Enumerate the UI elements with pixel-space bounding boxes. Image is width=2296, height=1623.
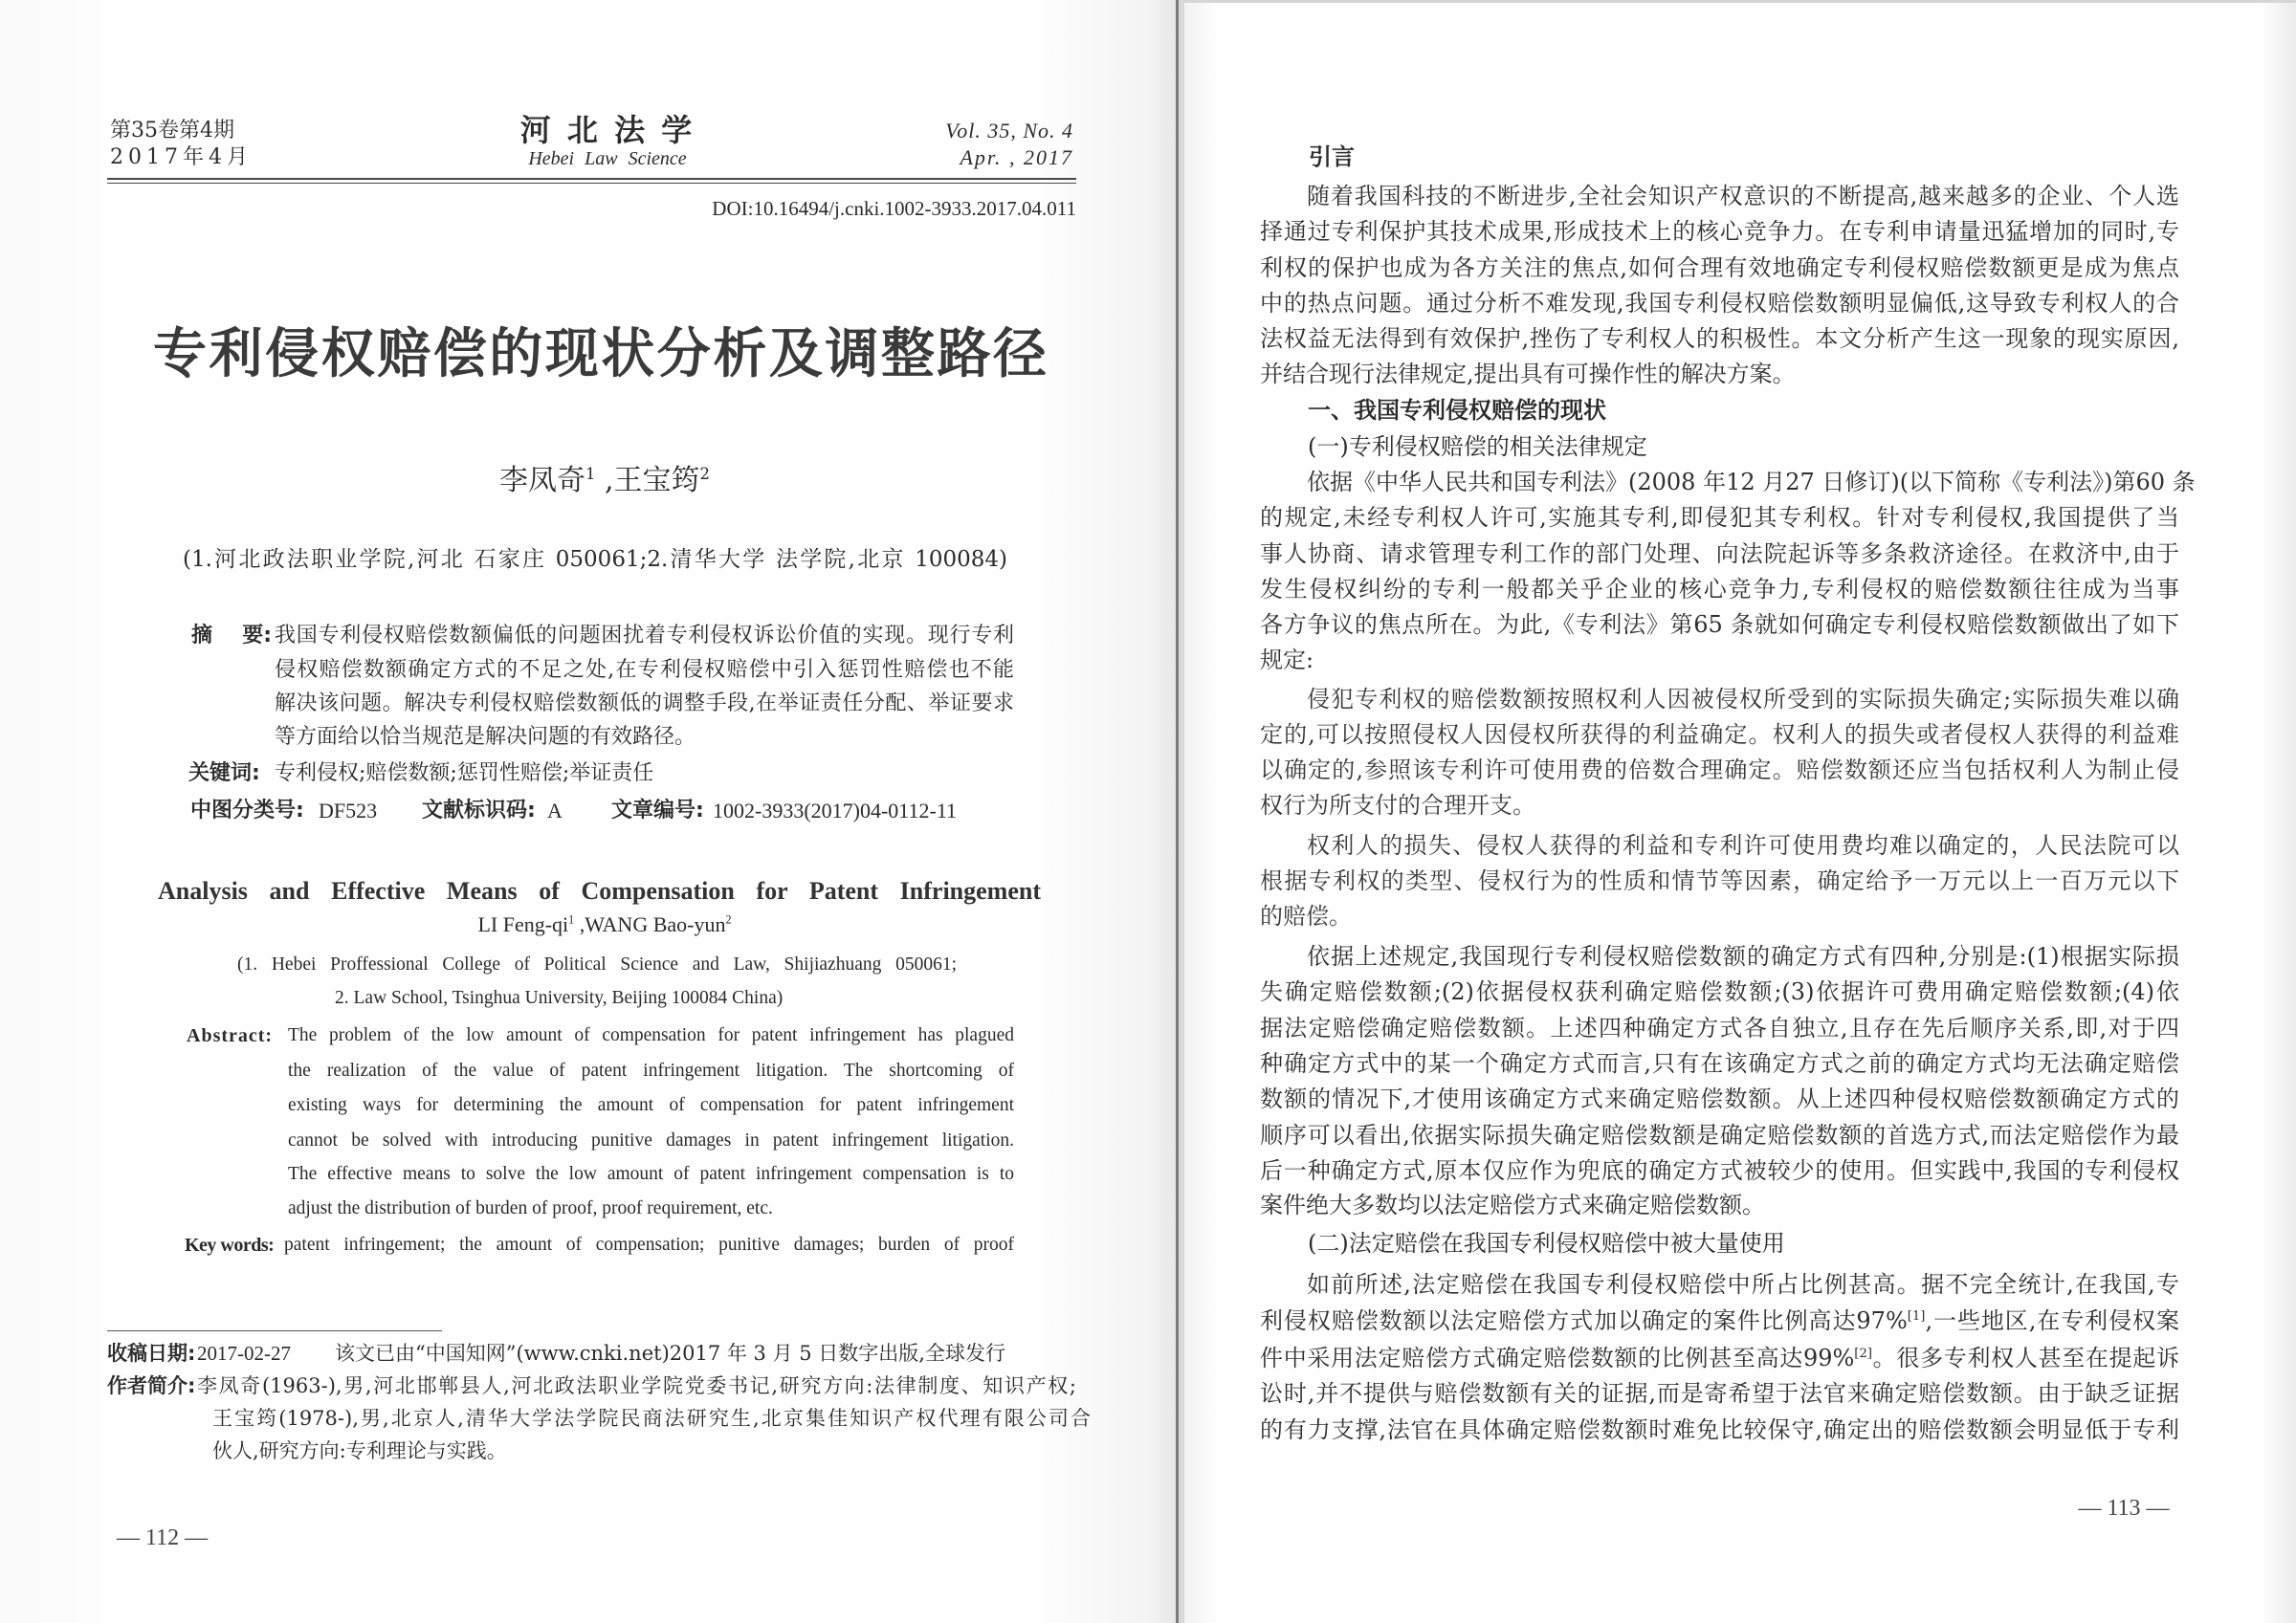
keywords-cn: 专利侵权;赔偿数额;惩罚性赔偿;举证责任 bbox=[275, 757, 1014, 790]
keywords-en-label: Key words: bbox=[185, 1230, 274, 1261]
affiliation-en-line: 2. Law School, Tsinghua University, Beij… bbox=[335, 984, 783, 1013]
body-line: 择通过专利保护其技术成果,形成技术上的核心竞争力。在专利申请量迅猛增加的同时,专 bbox=[1260, 214, 2179, 249]
body-line: 规定: bbox=[1260, 643, 2179, 677]
intro-heading: 引言 bbox=[1309, 140, 1355, 174]
page-number-left: — 112 — bbox=[117, 1524, 208, 1551]
affiliation-marker: 1 bbox=[585, 465, 596, 483]
abstract-cn-label-part: 摘 bbox=[191, 620, 212, 652]
journal-title-en: Hebei Law Science bbox=[459, 145, 756, 172]
article-title-cn: 专利侵权赔偿的现状分析及调整路径 bbox=[153, 323, 1047, 386]
body-line: 并结合现行法律规定,提出具有可操作性的解决方案。 bbox=[1260, 357, 2179, 391]
authors-en: LI Feng-qi1 ,WANG Bao-yun2 bbox=[411, 910, 798, 939]
affiliations-cn: (1.河北政法职业学院,河北 石家庄 050061;2.清华大学 法学院,北京 … bbox=[183, 544, 1007, 575]
citation-ref: [2] bbox=[1854, 1347, 1872, 1361]
abstract-en-line: cannot be solved with introducing puniti… bbox=[288, 1126, 1014, 1156]
statute-quote-line: 权行为所支付的合理开支。 bbox=[1260, 788, 2179, 822]
header-date-cn: 2017年4月 bbox=[110, 143, 253, 172]
abstract-cn-line: 解决该问题。解决专利侵权赔偿数额低的调整手段,在举证责任分配、举证要求 bbox=[275, 688, 1014, 720]
author-bio-line: 王宝筠(1978-),男,北京人,清华大学法学院民商法研究生,北京集佳知识产权代… bbox=[212, 1403, 1091, 1434]
header-volume-en: Vol. 35, No. 4 bbox=[794, 117, 1073, 145]
clc-label: 中图分类号: bbox=[190, 795, 304, 827]
body-line: 数额的情况下,才使用该确定方式来确定赔偿数额。从上述四种侵权赔偿数额确定方式的 bbox=[1260, 1082, 2179, 1116]
received-date-label: 收稿日期: bbox=[107, 1338, 195, 1369]
clc-number: DF523 bbox=[319, 795, 377, 827]
body-line: 利权的保护也成为各方关注的焦点,如何合理有效地确定专利侵权赔偿数额更是成为焦点 bbox=[1260, 251, 2179, 285]
body-line: 据法定赔偿确定赔偿数额。上述四种确定方式各自独立,且存在先后顺序关系,即,对于四 bbox=[1260, 1011, 2179, 1045]
author-name: 李凤奇 bbox=[499, 464, 585, 497]
statute-quote-line: 权利人的损失、侵权人获得的利益和专利许可使用费均难以确定的，人民法院可以 bbox=[1260, 828, 2179, 863]
publication-note: 该文已由“中国知网”(www.cnki.net)2017 年 3 月 5 日数字… bbox=[335, 1338, 1005, 1369]
body-line: 事人协商、请求管理专利工作的部门处理、向法院起诉等多条救济途径。在救济中,由于 bbox=[1260, 537, 2179, 571]
affiliation-marker: 2 bbox=[725, 913, 731, 927]
body-line: 利侵权赔偿数额以法定赔偿方式加以确定的案件比例高达97%[1],一些地区,在专利… bbox=[1260, 1304, 2179, 1338]
body-line: 随着我国科技的不断进步,全社会知识产权意识的不断提高,越来越多的企业、个人选 bbox=[1260, 179, 2179, 213]
author-bio-label: 作者简介: bbox=[107, 1371, 195, 1401]
body-line: 中的热点问题。通过分析不难发现,我国专利侵权赔偿数额明显偏低,这导致专利权人的合 bbox=[1260, 286, 2179, 320]
body-line: 发生侵权纠纷的专利一般都关乎企业的核心竞争力,专利侵权的赔偿数额往往成为当事 bbox=[1260, 572, 2179, 606]
author-name: WANG Bao-yun bbox=[585, 912, 725, 936]
abstract-en-label: Abstract: bbox=[187, 1020, 273, 1051]
journal-title-cn: 河 北 法 学 bbox=[459, 111, 756, 149]
body-line: 如前所述,法定赔偿在我国专利侵权赔偿中所占比例甚高。据不完全统计,在我国,专 bbox=[1260, 1267, 2179, 1302]
body-text: 。很多专利权人甚至在提起诉 bbox=[1872, 1345, 2179, 1371]
article-number: 1002-3933(2017)04-0112-11 bbox=[713, 795, 957, 827]
body-line: 依据上述规定,我国现行专利侵权赔偿数额的确定方式有四种,分别是:(1)根据实际损 bbox=[1260, 939, 2179, 974]
body-text: ,一些地区,在专利侵权案 bbox=[1925, 1307, 2179, 1334]
statute-quote-line: 侵犯专利权的赔偿数额按照权利人因被侵权所受到的实际损失确定;实际损失难以确 bbox=[1260, 682, 2179, 716]
author-separator: , bbox=[595, 464, 613, 497]
statute-quote-line: 根据专利权的类型、侵权行为的性质和情节等因素，确定给予一万元以上一百万元以下 bbox=[1260, 864, 2179, 898]
keywords-cn-label: 关键词: bbox=[188, 757, 260, 790]
body-line: 各方争议的焦点所在。为此,《专利法》第65 条就如何确定专利侵权赔偿数额做出了如… bbox=[1260, 607, 2179, 642]
keywords-en: patent infringement; the amount of compe… bbox=[284, 1230, 1014, 1261]
received-date: 2017-02-27 bbox=[197, 1338, 291, 1369]
document-code: A bbox=[547, 795, 563, 827]
subsection-heading: (一)专利侵权赔偿的相关法律规定 bbox=[1308, 429, 1647, 464]
author-bio-line: 李凤奇(1963-),男,河北邯郸县人,河北政法职业学院党委书记,研究方向:法律… bbox=[197, 1371, 1076, 1401]
abstract-cn-label-part: 要: bbox=[242, 620, 272, 652]
body-text: 件中采用法定赔偿方式确定赔偿数额的比例甚至高达99% bbox=[1260, 1345, 1854, 1371]
body-line: 后一种确定方式,原本仅应作为兜底的确定方式被较少的使用。但实践中,我国的专利侵权 bbox=[1260, 1153, 2179, 1188]
subsection-heading: (二)法定赔偿在我国专利侵权赔偿中被大量使用 bbox=[1308, 1226, 1785, 1261]
article-title-en: Analysis and Effective Means of Compensa… bbox=[158, 874, 1041, 909]
body-line: 种确定方式中的某一个确定方式而言,只有在该确定方式之前的确定方式均无法确定赔偿 bbox=[1260, 1046, 2179, 1081]
abstract-en-line: existing ways for determining the amount… bbox=[288, 1090, 1014, 1121]
body-line: 讼时,并不提供与赔偿数额有关的证据,而是寄希望于法官来确定赔偿数额。由于缺乏证据 bbox=[1260, 1376, 2179, 1411]
page-number-right: — 113 — bbox=[2066, 1495, 2181, 1522]
abstract-cn-label: 摘要: bbox=[191, 620, 272, 652]
authors-cn: 李凤奇1 ,王宝筠2 bbox=[411, 464, 798, 498]
body-line: 案件绝大多数均以法定赔偿方式来确定赔偿数额。 bbox=[1260, 1188, 2179, 1222]
footnote-rule bbox=[107, 1330, 442, 1331]
body-line: 的规定,未经专利权人许可,实施其专利,即侵犯其专利权。针对专利侵权,我国提供了当 bbox=[1260, 500, 2179, 535]
affiliation-en-line: (1. Hebei Proffessional College of Polit… bbox=[237, 951, 957, 979]
affiliation-marker: 2 bbox=[700, 465, 711, 483]
abstract-cn-line: 我国专利侵权赔偿数额偏低的问题困扰着专利侵权诉讼价值的实现。现行专利 bbox=[275, 620, 1014, 652]
body-line: 法权益无法得到有效保护,挫伤了专利权人的积极性。本文分析产生这一现象的现实原因, bbox=[1260, 321, 2179, 356]
author-name: LI Feng-qi bbox=[477, 912, 568, 936]
abstract-en-line: The problem of the low amount of compens… bbox=[288, 1020, 1014, 1051]
body-line: 依据《中华人民共和国专利法》(2008 年12 月27 日修订)(以下简称《专利… bbox=[1260, 465, 2179, 499]
section-heading: 一、我国专利侵权赔偿的现状 bbox=[1308, 393, 1606, 428]
body-line: 失确定赔偿数额;(2)依据侵权获利确定赔偿数额;(3)依据许可费用确定赔偿数额;… bbox=[1260, 975, 2179, 1009]
body-line: 顺序可以看出,依据实际损失确定赔偿数额是确定赔偿数额的首选方式,而法定赔偿作为最 bbox=[1260, 1118, 2179, 1152]
doi: DOI:10.16494/j.cnki.1002-3933.2017.04.01… bbox=[622, 195, 1076, 222]
body-text: 利侵权赔偿数额以法定赔偿方式加以确定的案件比例高达97% bbox=[1260, 1307, 1908, 1334]
header-date-en: Apr. , 2017 bbox=[794, 143, 1073, 172]
abstract-en-line: the realization of the value of patent i… bbox=[288, 1056, 1014, 1086]
document-code-label: 文献标识码: bbox=[422, 795, 536, 827]
author-separator: , bbox=[574, 912, 585, 936]
author-name: 王宝筠 bbox=[614, 464, 700, 497]
abstract-cn-line: 侵权赔偿数额确定方式的不足之处,在专利侵权赔偿中引入惩罚性赔偿也不能 bbox=[275, 654, 1014, 687]
citation-ref: [1] bbox=[1908, 1309, 1926, 1324]
abstract-en-line: adjust the distribution of burden of pro… bbox=[288, 1194, 1014, 1224]
abstract-en-line: The effective means to solve the low amo… bbox=[288, 1159, 1014, 1190]
abstract-cn-line: 等方面给以恰当规范是解决问题的有效路径。 bbox=[275, 721, 1014, 754]
header-volume-issue: 第35卷第4期 bbox=[110, 117, 234, 145]
body-line: 的有力支撑,法官在具体确定赔偿数额时难免比较保守,确定出的赔偿数额会明显低于专利 bbox=[1260, 1413, 2179, 1447]
statute-quote-line: 以确定的,参照该专利许可使用费的倍数合理确定。赔偿数额还应当包括权利人为制止侵 bbox=[1260, 753, 2179, 787]
article-number-label: 文章编号: bbox=[611, 795, 704, 827]
statute-quote-line: 定的,可以按照侵权人因侵权所获得的利益确定。权利人的损失或者侵权人获得的利益难 bbox=[1260, 717, 2179, 752]
statute-quote-line: 的赔偿。 bbox=[1260, 899, 2179, 933]
author-bio-line: 伙人,研究方向:专利理论与实践。 bbox=[212, 1436, 507, 1466]
body-line: 件中采用法定赔偿方式确定赔偿数额的比例甚至高达99%[2]。很多专利权人甚至在提… bbox=[1260, 1341, 2179, 1375]
header-double-rule bbox=[107, 178, 1076, 184]
